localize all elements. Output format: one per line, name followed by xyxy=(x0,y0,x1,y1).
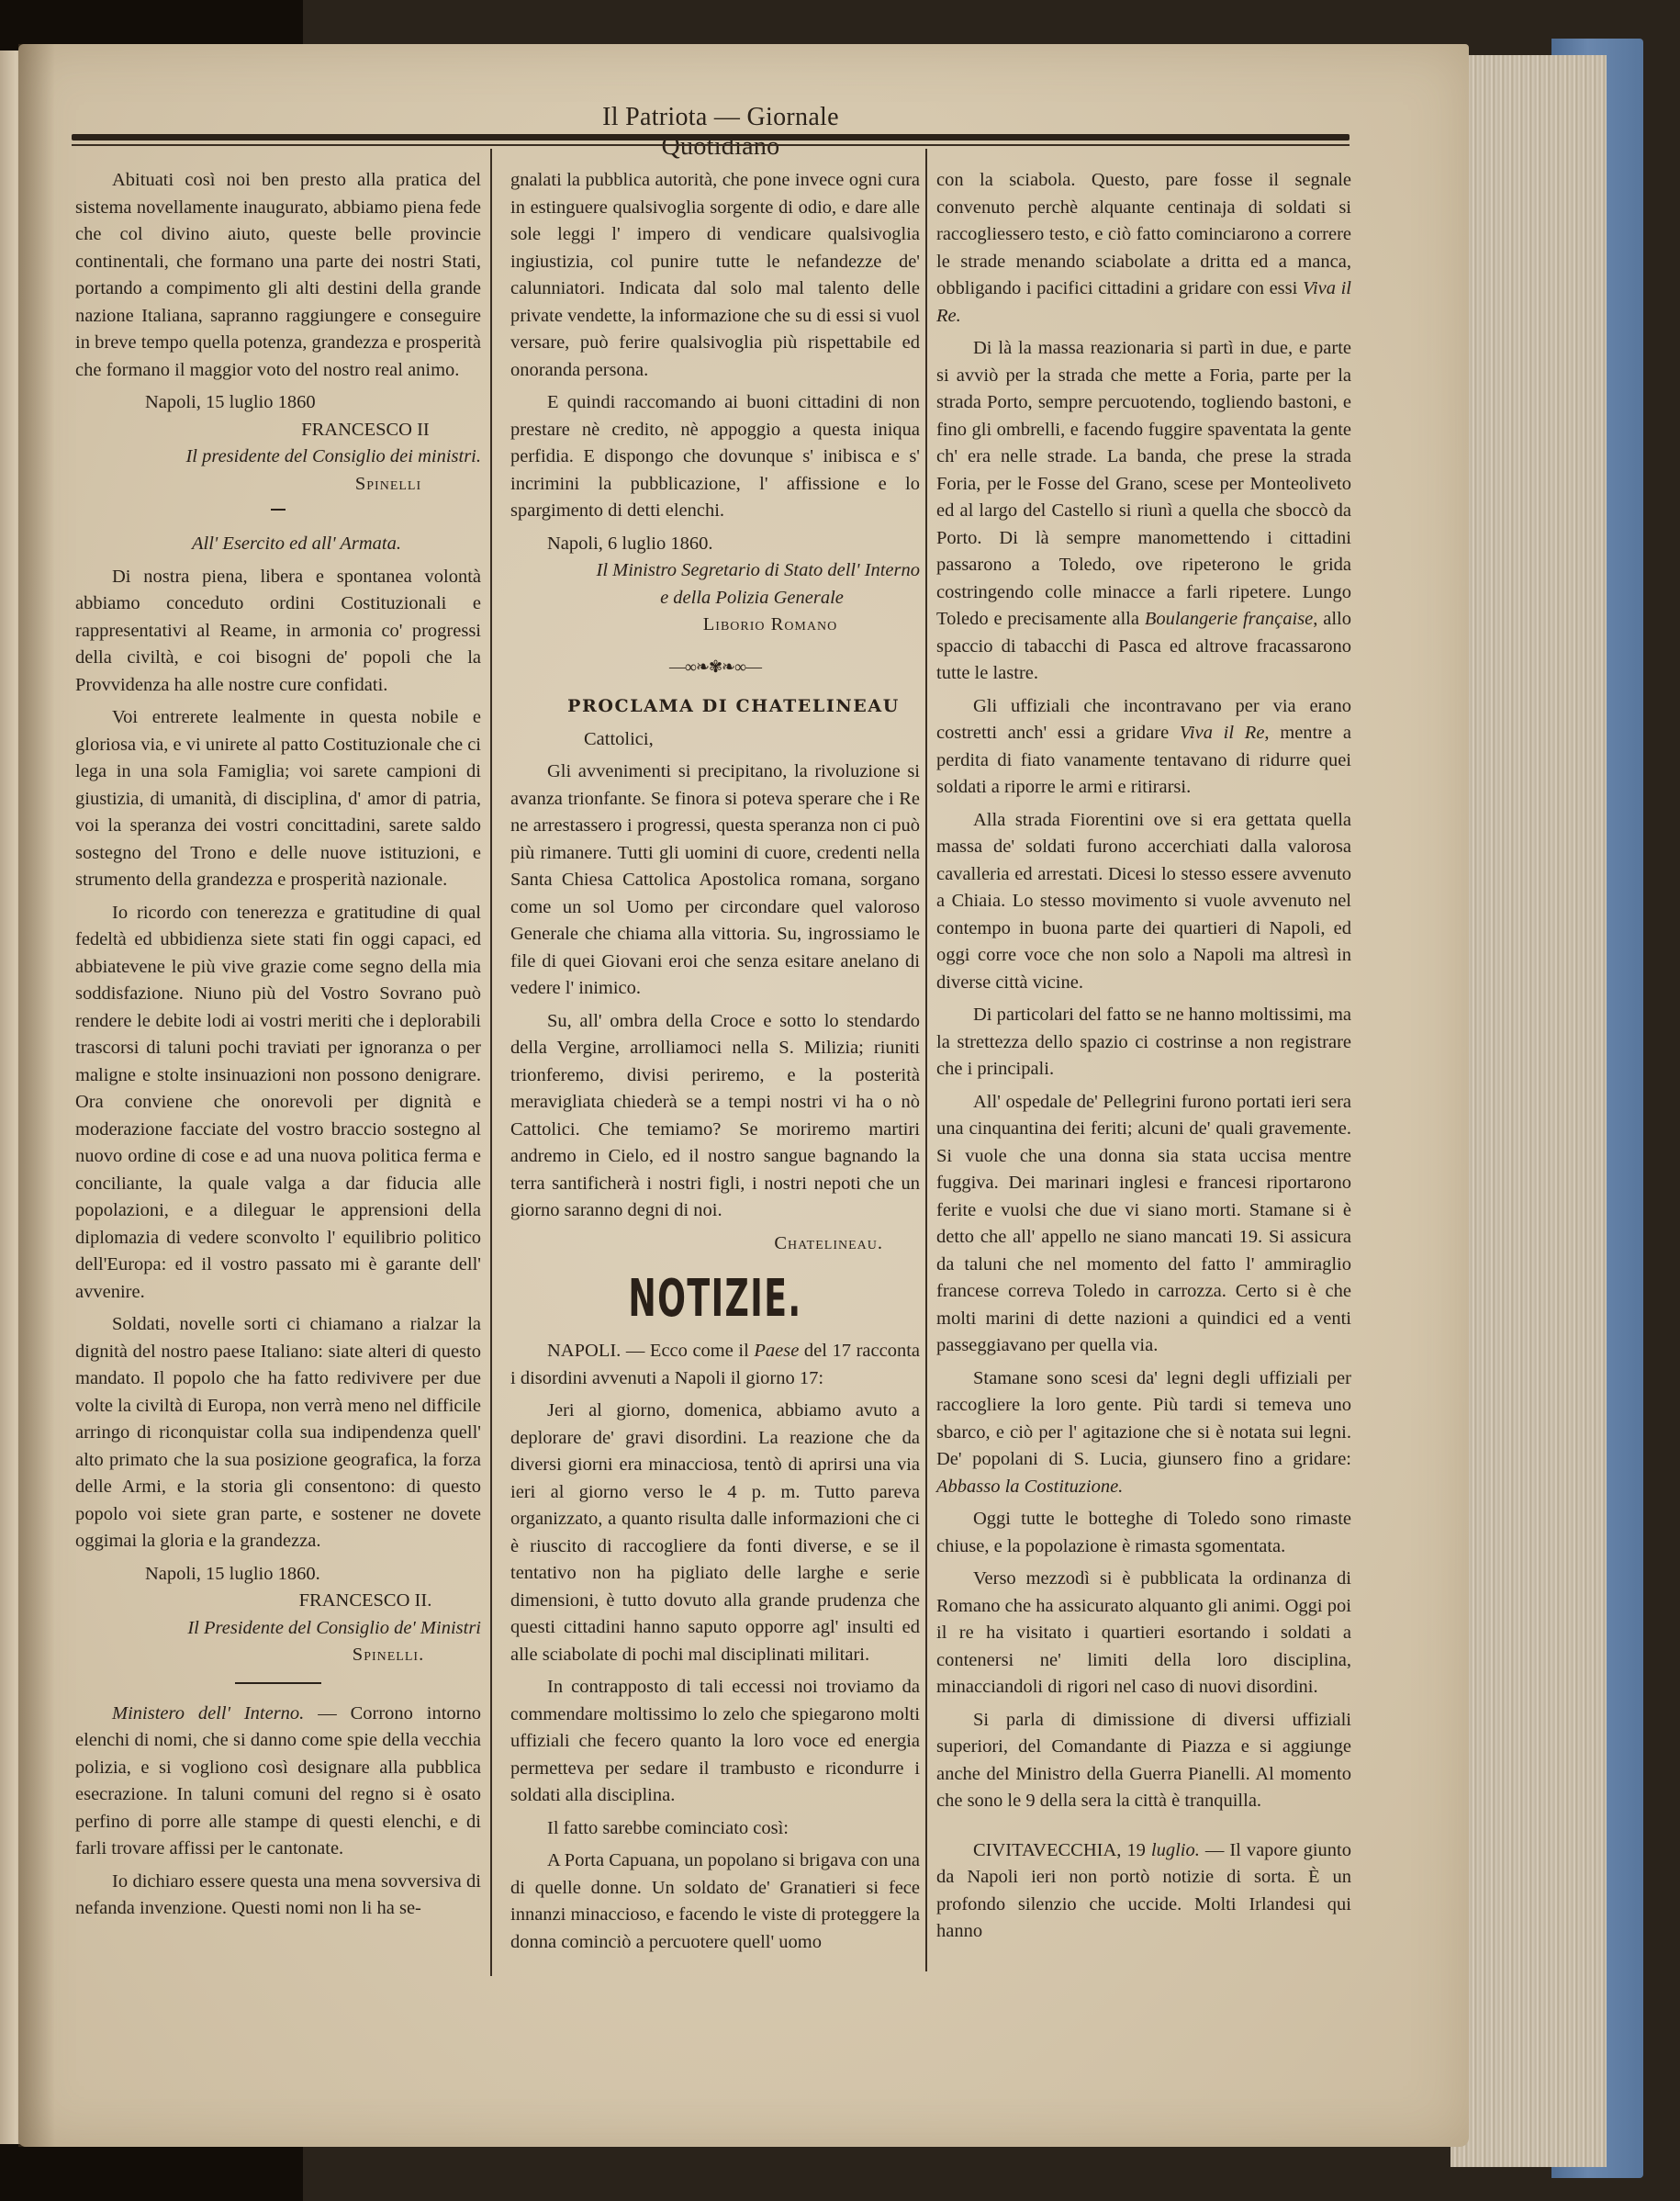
notizie-heading: NOTIZIE. xyxy=(567,1270,862,1329)
column-3: con la sciabola. Questo, pare fosse il s… xyxy=(936,167,1351,1951)
column-divider-2 xyxy=(925,149,927,1971)
short-rule xyxy=(271,509,286,511)
masthead-rule-thick xyxy=(72,134,1350,140)
italic-phrase: Viva il Re xyxy=(1180,723,1265,743)
italic-phrase: Abbasso la Costituzione. xyxy=(936,1477,1123,1497)
dateline: Napoli, 15 luglio 1860. xyxy=(75,1561,481,1589)
signature-title: Il presidente del Consiglio dei ministri… xyxy=(75,444,481,471)
italic-phrase: Boulangerie française xyxy=(1145,609,1313,629)
paese-italic: Paese xyxy=(754,1341,799,1361)
masthead-rule-thin xyxy=(72,144,1350,146)
section-title: All' Esercito ed all' Armata. xyxy=(75,531,481,558)
gutter-shadow xyxy=(18,44,55,2147)
paragraph: Il fatto sarebbe cominciato così: xyxy=(510,1815,920,1843)
paragraph: Di particolari del fatto se ne hanno mol… xyxy=(936,1002,1351,1084)
place-label: NAPOLI. xyxy=(547,1341,621,1361)
place-label: CIVITAVECCHIA, 19 xyxy=(973,1840,1151,1860)
paragraph: Su, all' ombra della Croce e sotto lo st… xyxy=(510,1008,920,1225)
text-fragment: Di là la massa reazionaria si partì in d… xyxy=(936,338,1351,629)
paragraph-napoli: NAPOLI. — Ecco come il Paese del 17 racc… xyxy=(510,1338,920,1392)
signature-title: e della Polizia Generale xyxy=(547,585,920,612)
paragraph: Di là la massa reazionaria si partì in d… xyxy=(936,335,1351,688)
paragraph: con la sciabola. Questo, pare fosse il s… xyxy=(936,167,1351,330)
section-rule xyxy=(235,1682,321,1684)
text-fragment: Stamane sono scesi da' legni degli uffiz… xyxy=(936,1368,1351,1470)
salutation: Cattolici, xyxy=(510,726,920,754)
paragraph: In contrapposto di tali eccessi noi trov… xyxy=(510,1674,920,1810)
paragraph: Si parla di dimissione di diversi uffizi… xyxy=(936,1707,1351,1815)
ministero-label: Ministero dell' Interno. xyxy=(112,1703,304,1724)
paragraph: Io ricordo con tenerezza e gratitudine d… xyxy=(75,900,481,1307)
text-fragment: con la sciabola. Questo, pare fosse il s… xyxy=(936,170,1351,298)
signature-king: FRANCESCO II. xyxy=(75,1588,481,1615)
paragraph: A Porta Capuana, un popolano si brigava … xyxy=(510,1847,920,1956)
paragraph: Io dichiaro essere questa una mena sovve… xyxy=(75,1869,481,1923)
paragraph: Verso mezzodì si è pubblicata la ordinan… xyxy=(936,1566,1351,1701)
paragraph: Jeri al giorno, domenica, abbiamo avuto … xyxy=(510,1398,920,1668)
paragraph: E quindi raccomando ai buoni cittadini d… xyxy=(510,389,920,525)
paragraph: Stamane sono scesi da' legni degli uffiz… xyxy=(936,1365,1351,1501)
dateline: Napoli, 6 luglio 1860. xyxy=(510,531,920,558)
paragraph: All' ospedale de' Pellegrini furono port… xyxy=(936,1089,1351,1360)
signature-king: FRANCESCO II xyxy=(75,417,481,444)
paragraph: Oggi tutte le botteghe di Toledo sono ri… xyxy=(936,1506,1351,1560)
ministero-text: — Corrono intorno elenchi di nomi, che s… xyxy=(75,1703,481,1859)
signature-title: Il Presidente del Consiglio de' Ministri xyxy=(75,1615,481,1643)
paragraph: Alla strada Fiorentini ove si era gettat… xyxy=(936,807,1351,997)
ornament-divider-icon: —∞❧✾❧∞— xyxy=(510,654,920,681)
proclama-title: PROCLAMA DI CHATELINEAU xyxy=(510,693,920,721)
page-stack-edges xyxy=(1450,55,1607,2167)
paragraph-civitavecchia: CIVITAVECCHIA, 19 luglio. — Il vapore gi… xyxy=(936,1837,1351,1946)
dateline: Napoli, 15 luglio 1860 xyxy=(75,389,481,417)
column-divider-1 xyxy=(490,149,492,1976)
paragraph: Abituati così noi ben presto alla pratic… xyxy=(75,167,481,384)
paragraph: Gli uffiziali che incontravano per via e… xyxy=(936,693,1351,802)
signature-name: Liborio Romano xyxy=(510,612,920,639)
paragraph: Di nostra piena, libera e spontanea volo… xyxy=(75,564,481,700)
paragraph: Soldati, novelle sorti ci chiamano a ria… xyxy=(75,1311,481,1555)
masthead-title: Il Patriota — Giornale Quotidiano xyxy=(542,103,900,162)
signature-name: Spinelli. xyxy=(75,1642,481,1669)
paragraph: Gli avvenimenti si precipitano, la rivol… xyxy=(510,758,920,1003)
signature-name: Spinelli xyxy=(75,471,481,499)
paragraph: Voi entrerete lealmente in questa nobile… xyxy=(75,704,481,894)
column-2: gnalati la pubblica autorità, che pone i… xyxy=(510,167,920,1961)
column-1: Abituati così noi ben presto alla pratic… xyxy=(75,167,481,1928)
signature-title: Il Ministro Segretario di Stato dell' In… xyxy=(510,557,920,585)
paragraph: gnalati la pubblica autorità, che pone i… xyxy=(510,167,920,384)
paragraph-ministero: Ministero dell' Interno. — Corrono intor… xyxy=(75,1701,481,1863)
text-fragment: — Ecco come il xyxy=(621,1341,754,1361)
signature-name: Chatelineau. xyxy=(510,1230,920,1258)
italic-phrase: luglio. xyxy=(1151,1840,1200,1860)
